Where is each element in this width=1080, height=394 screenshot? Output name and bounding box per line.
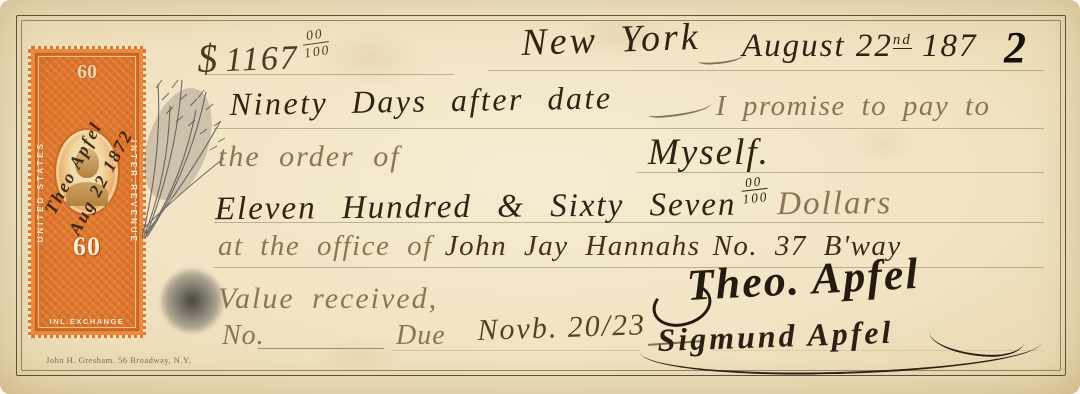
pen-flourish <box>698 51 745 65</box>
due-date: Novb. 20/23 <box>477 310 647 346</box>
stamp-bottom-edge-text: INL.EXCHANGE <box>50 317 125 326</box>
amount-numeric: $116700100 <box>196 27 330 79</box>
date-ordinal: nd <box>893 32 912 49</box>
payment-term: Ninety Days after date <box>229 81 612 120</box>
amount-in-words: Eleven Hundred & Sixty Seven00100Dollars <box>215 174 893 226</box>
ruled-line <box>214 128 1044 129</box>
cents-fraction: 00100 <box>740 174 769 206</box>
dollar-sign: $ <box>196 35 220 81</box>
revenue-stamp: UNITED STATES INTER.REVENUE 60 60 INL.EX… <box>28 46 146 338</box>
office-holder-name: John Jay Hannahs <box>445 230 701 262</box>
printer-imprint: John H. Gresham. 56 Broadway, N.Y. <box>46 356 191 365</box>
value-received: Value received, <box>218 284 438 314</box>
cents-fraction: 00100 <box>301 26 331 60</box>
date: August 22nd 187 <box>742 30 978 63</box>
city: New York <box>521 18 702 62</box>
order-prefix: the order of <box>218 142 401 172</box>
date-overwritten-digit: 2 <box>1004 26 1026 70</box>
wheat-sheaf-engraving <box>132 66 228 242</box>
signature-primary: Theo. Apfel <box>686 252 921 308</box>
number-label: No. <box>222 322 265 350</box>
stamp-denomination-top: 60 <box>77 61 97 84</box>
ruled-line <box>488 70 1044 71</box>
payee: Myself. <box>648 134 770 171</box>
ruled-line <box>214 267 1044 268</box>
due-label: Due <box>396 322 446 350</box>
promise-clause: I promise to pay to <box>716 92 991 121</box>
age-stain <box>836 116 932 172</box>
pen-flourish <box>647 99 712 120</box>
signature-underline-flourish <box>640 340 1042 377</box>
currency-word: Dollars <box>777 185 892 222</box>
promissory-note-document: UNITED STATES INTER.REVENUE 60 60 INL.EX… <box>0 0 1080 394</box>
number-blank-line <box>258 348 384 349</box>
